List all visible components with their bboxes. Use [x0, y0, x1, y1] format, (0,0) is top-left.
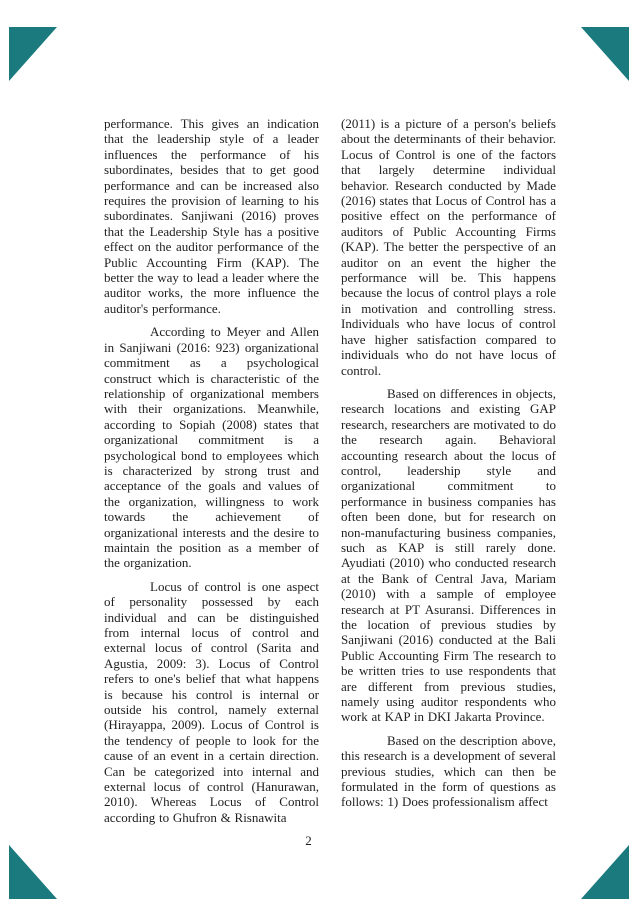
body-paragraph: Locus of control is one aspect of person…: [104, 579, 319, 826]
body-paragraph: (2011) is a picture of a person's belief…: [341, 116, 556, 378]
text-columns: performance. This gives an indication th…: [104, 116, 556, 825]
document-page: performance. This gives an indication th…: [0, 0, 638, 903]
left-column: performance. This gives an indication th…: [104, 116, 319, 825]
body-paragraph: Based on differences in objects, researc…: [341, 386, 556, 725]
corner-triangle-bottom-left-icon: [9, 845, 57, 899]
body-paragraph: Based on the description above, this res…: [341, 733, 556, 810]
right-column: (2011) is a picture of a person's belief…: [341, 116, 556, 825]
corner-triangle-top-left-icon: [9, 27, 57, 81]
corner-triangle-bottom-right-icon: [581, 845, 629, 899]
body-paragraph: performance. This gives an indication th…: [104, 116, 319, 316]
page-number: 2: [0, 833, 617, 849]
body-paragraph: According to Meyer and Allen in Sanjiwan…: [104, 324, 319, 571]
corner-triangle-top-right-icon: [581, 27, 629, 81]
